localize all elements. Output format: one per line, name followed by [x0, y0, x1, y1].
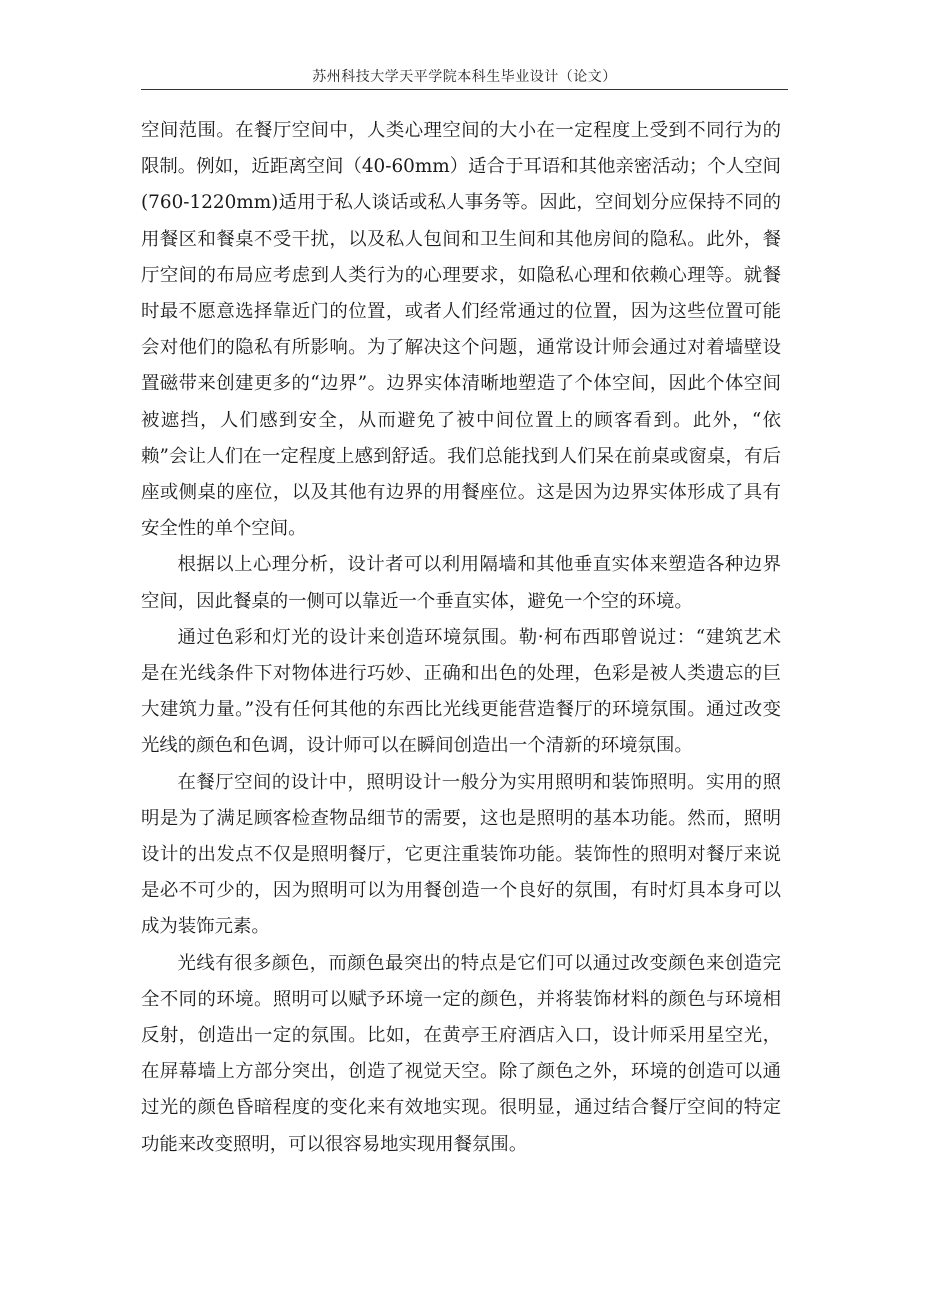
page-header: 苏州科技大学天平学院本科生毕业设计（论文）	[141, 66, 788, 86]
paragraph: 空间范围。在餐厅空间中，人类心理空间的大小在一定程度上受到不同行为的限制。例如，…	[141, 113, 781, 547]
paragraph: 通过色彩和灯光的设计来创造环境氛围。勒·柯布西耶曾说过：“建筑艺术是在光线条件下…	[141, 620, 781, 765]
header-rule	[141, 89, 788, 90]
paragraph: 在餐厅空间的设计中，照明设计一般分为实用照明和装饰照明。实用的照明是为了满足顾客…	[141, 765, 781, 946]
paragraph: 根据以上心理分析，设计者可以利用隔墙和其他垂直实体来塑造各种边界空间，因此餐桌的…	[141, 547, 781, 619]
document-body: 空间范围。在餐厅空间中，人类心理空间的大小在一定程度上受到不同行为的限制。例如，…	[141, 113, 781, 1163]
paragraph: 光线有很多颜色，而颜色最突出的特点是它们可以通过改变颜色来创造完全不同的环境。照…	[141, 946, 781, 1163]
